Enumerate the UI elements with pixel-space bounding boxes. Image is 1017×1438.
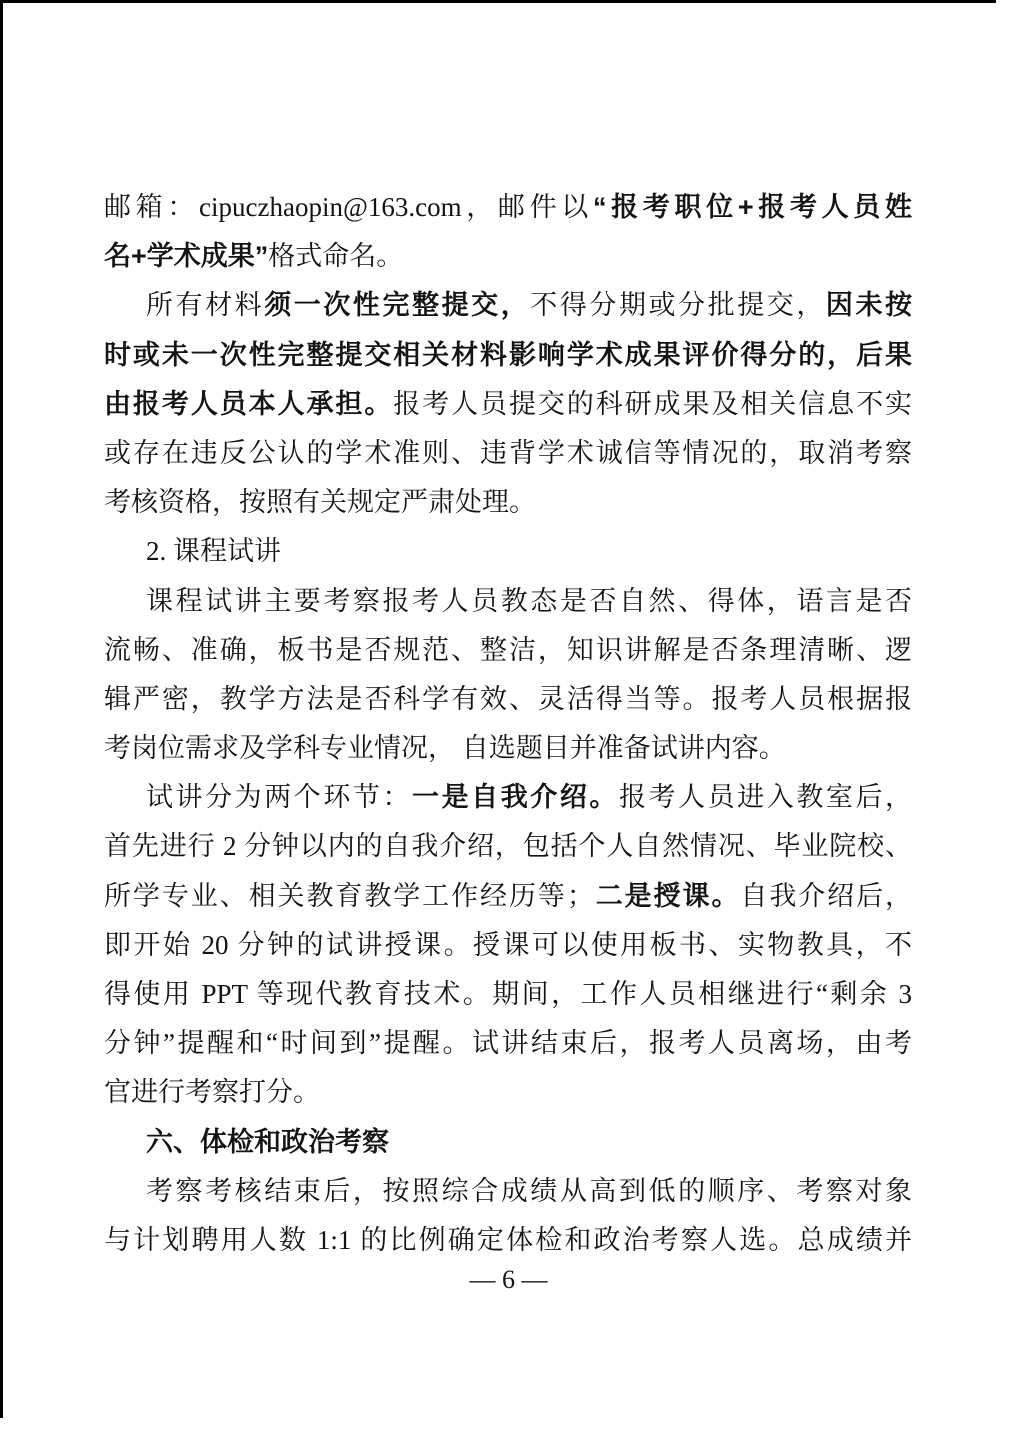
bold-text-run: 六、体检和政治考察 [146,1127,389,1157]
text-run: 2. 课程试讲 [146,536,281,566]
text-run: 试讲分为两个环节： [146,782,412,812]
text-run: 所有材料 [146,290,264,320]
line-email-naming: 邮箱：cipuczhaopin@163.com，邮件以“报考职位+报考人员姓 [104,183,912,232]
text-run: 格式命名。 [268,241,403,271]
line-email-naming-cont: 名+学术成果”格式命名。 [104,232,912,281]
line-materials-3: 由报考人员本人承担。报考人员提交的科研成果及相关信息不实 [104,380,912,429]
text-run: 流畅、准确，板书是否规范、整洁，知识讲解是否条理清晰、逻 [104,635,912,665]
bold-text-run: 名+学术成果” [104,241,268,271]
line-procedure-4: 即开始 20 分钟的试讲授课。授课可以使用板书、实物教具，不 [104,921,912,970]
line-procedure-7: 官进行考察打分。 [104,1068,912,1117]
document-page: 邮箱：cipuczhaopin@163.com，邮件以“报考职位+报考人员姓名+… [0,0,1017,1438]
bold-text-run: 一是自我介绍。 [412,782,619,812]
page-border-top [0,0,996,3]
bold-text-run: 由报考人员本人承担。 [104,389,393,419]
text-run: 报考人员提交的科研成果及相关信息不实 [393,389,912,419]
line-procedure-1: 试讲分为两个环节：一是自我介绍。报考人员进入教室后， [104,773,912,822]
text-run: 课程试讲主要考察报考人员教态是否自然、得体，语言是否 [146,586,912,616]
line-procedure-3: 所学专业、相关教育教学工作经历等；二是授课。自我介绍后， [104,872,912,921]
line-procedure-6: 分钟”提醒和“时间到”提醒。试讲结束后，报考人员离场，由考 [104,1019,912,1068]
text-run: 即开始 20 分钟的试讲授课。授课可以使用板书、实物教具，不 [104,930,912,960]
text-run: 邮箱：cipuczhaopin@163.com，邮件以 [104,192,593,222]
line-exam-1: 考察考核结束后，按照综合成绩从高到低的顺序、考察对象 [104,1167,912,1216]
bold-text-run: 须一次性完整提交， [264,290,530,320]
line-lecture-2: 流畅、准确，板书是否规范、整洁，知识讲解是否条理清晰、逻 [104,626,912,675]
text-run: 不得分期或分批提交， [530,290,826,320]
document-body: 邮箱：cipuczhaopin@163.com，邮件以“报考职位+报考人员姓名+… [104,183,912,1265]
page-number: — 6 — [0,1260,1017,1300]
text-run: 分钟”提醒和“时间到”提醒。试讲结束后，报考人员离场，由考 [104,1028,912,1058]
line-lecture-4: 考岗位需求及学科专业情况， 自选题目并准备试讲内容。 [104,724,912,773]
text-run: 官进行考察打分。 [104,1077,320,1107]
line-procedure-2: 首先进行 2 分钟以内的自我介绍，包括个人自然情况、毕业院校、 [104,822,912,871]
line-lecture-3: 辑严密，教学方法是否科学有效、灵活得当等。报考人员根据报 [104,675,912,724]
line-procedure-5: 得使用 PPT 等现代教育技术。期间，工作人员相继进行“剩余 3 [104,970,912,1019]
bold-text-run: “报考职位+报考人员姓 [593,192,912,222]
subsection-heading-trial-lecture: 2. 课程试讲 [104,527,912,576]
text-run: 考岗位需求及学科专业情况， 自选题目并准备试讲内容。 [104,733,786,763]
text-run: 考核资格，按照有关规定严肃处理。 [104,487,536,517]
text-run: 辑严密，教学方法是否科学有效、灵活得当等。报考人员根据报 [104,684,912,714]
text-run: 自我介绍后， [740,881,912,911]
text-run: 或存在违反公认的学术准则、违背学术诚信等情况的，取消考察 [104,438,912,468]
line-exam-2: 与计划聘用人数 1:1 的比例确定体检和政治考察人选。总成绩并 [104,1216,912,1265]
line-lecture-1: 课程试讲主要考察报考人员教态是否自然、得体，语言是否 [104,577,912,626]
text-run: 得使用 PPT 等现代教育技术。期间，工作人员相继进行“剩余 3 [104,979,912,1009]
text-run: 报考人员进入教室后， [619,782,912,812]
line-materials-2: 时或未一次性完整提交相关材料影响学术成果评价得分的，后果 [104,331,912,380]
text-run: 考察考核结束后，按照综合成绩从高到低的顺序、考察对象 [146,1176,912,1206]
bold-text-run: 因未按 [826,290,912,320]
text-run: 与计划聘用人数 1:1 的比例确定体检和政治考察人选。总成绩并 [104,1225,912,1255]
text-run: 首先进行 2 分钟以内的自我介绍，包括个人自然情况、毕业院校、 [104,831,912,861]
line-materials-4: 或存在违反公认的学术准则、违背学术诚信等情况的，取消考察 [104,429,912,478]
text-run: 所学专业、相关教育教学工作经历等； [104,881,594,911]
line-materials-5: 考核资格，按照有关规定严肃处理。 [104,478,912,527]
section-heading-physical-political: 六、体检和政治考察 [104,1118,912,1167]
line-materials-1: 所有材料须一次性完整提交，不得分期或分批提交，因未按 [104,281,912,330]
page-border-left [0,0,3,1418]
bold-text-run: 二是授课。 [594,881,741,911]
bold-text-run: 时或未一次性完整提交相关材料影响学术成果评价得分的，后果 [104,340,912,370]
